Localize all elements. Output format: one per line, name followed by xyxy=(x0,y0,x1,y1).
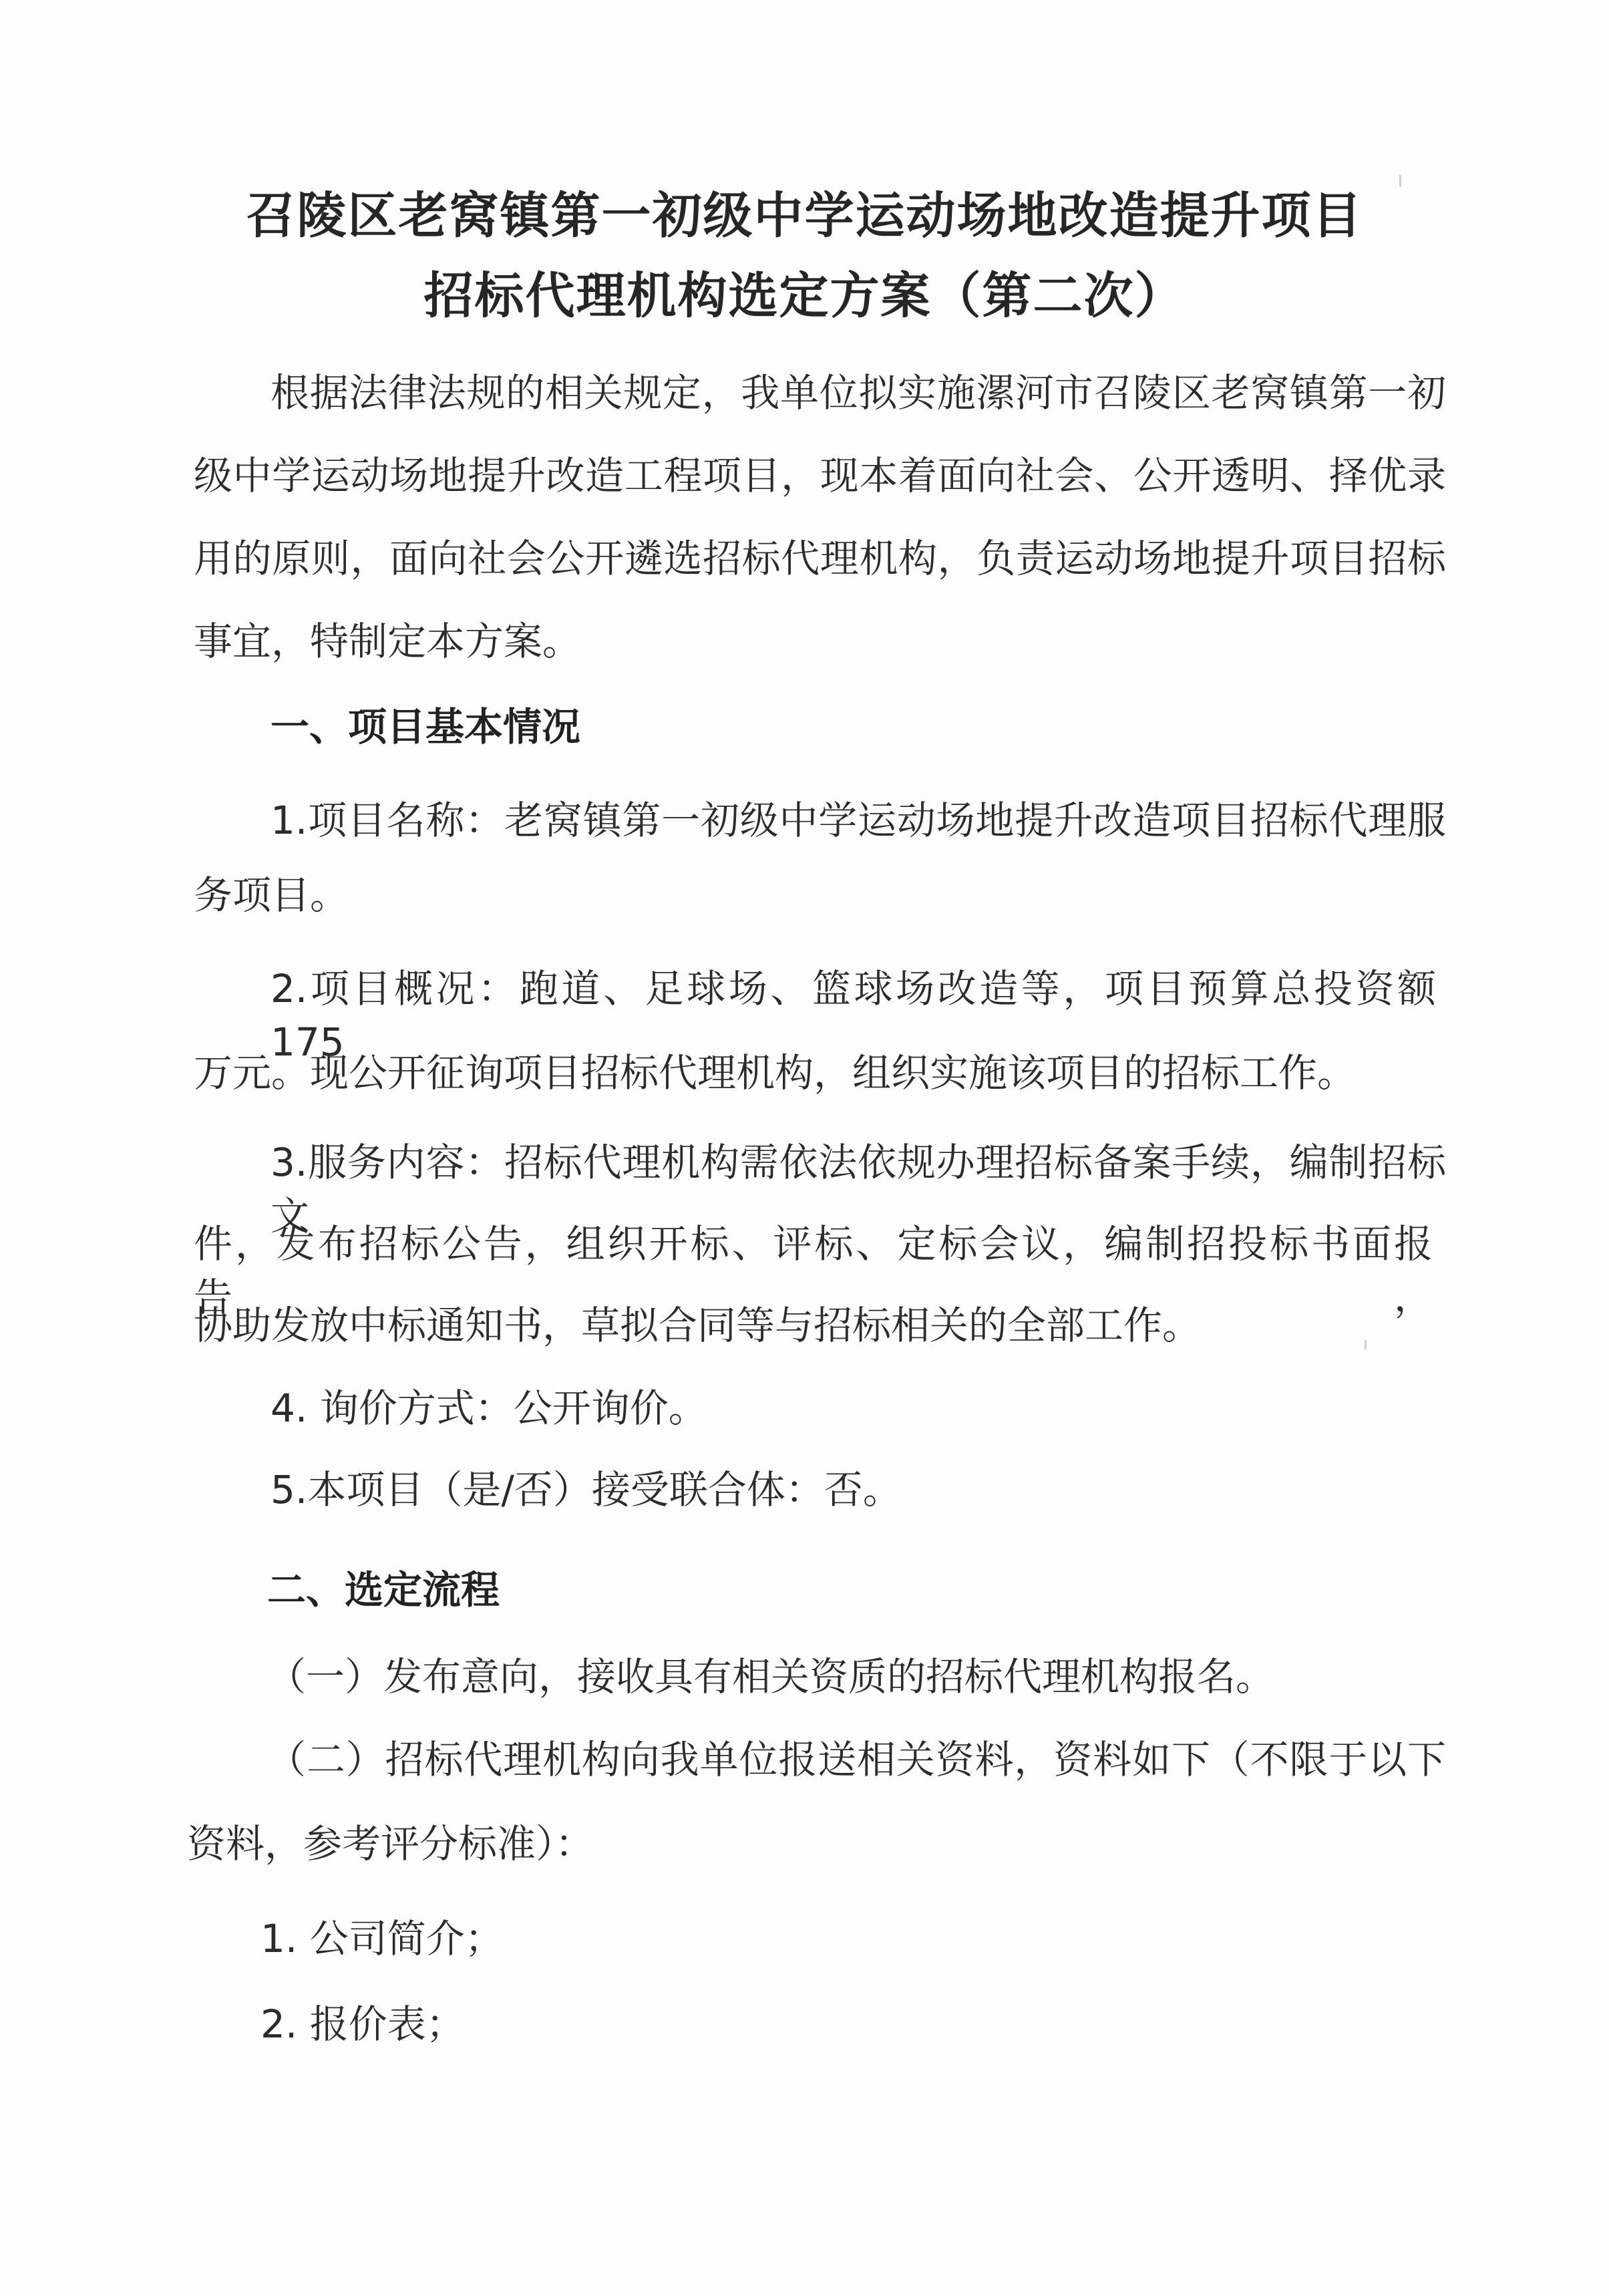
intro-line-2: 级中学运动场地提升改造工程项目，现本着面向社会、公开透明、择优录 xyxy=(194,449,1446,502)
document-title-line-1: 召陵区老窝镇第一初级中学运动场地改造提升项目 xyxy=(0,186,1609,246)
document-page: 召陵区老窝镇第一初级中学运动场地改造提升项目 招标代理机构选定方案（第二次） 根… xyxy=(0,0,1609,2296)
section-2-heading: 二、选定流程 xyxy=(267,1563,500,1617)
step-2-line-2: 资料，参考评分标准）： xyxy=(187,1817,594,1870)
step-2-line-1: （二）招标代理机构向我单位报送相关资料，资料如下（不限于以下 xyxy=(267,1733,1446,1786)
item-4: 4. 询价方式：公开询价。 xyxy=(271,1381,707,1435)
item-3-line-3: 协助发放中标通知书，草拟合同等与招标相关的全部工作。 xyxy=(194,1299,1201,1352)
intro-line-1: 根据法律法规的相关规定，我单位拟实施漯河市召陵区老窝镇第一初 xyxy=(271,366,1446,420)
item-1-line-1: 1.项目名称：老窝镇第一初级中学运动场地提升改造项目招标代理服 xyxy=(271,794,1446,847)
item-5: 5.本项目（是/否）接受联合体：否。 xyxy=(271,1463,902,1516)
document-title-line-2: 招标代理机构选定方案（第二次） xyxy=(0,266,1609,326)
material-item-2: 2. 报价表； xyxy=(260,1997,465,2051)
intro-line-3: 用的原则，面向社会公开遴选招标代理机构，负责运动场地提升项目招标 xyxy=(194,532,1446,585)
item-1-line-2: 务项目。 xyxy=(194,868,349,922)
material-item-1: 1. 公司简介； xyxy=(260,1912,504,1965)
item-2-line-2: 万元。现公开征询项目招标代理机构，组织实施该项目的招标工作。 xyxy=(194,1046,1356,1100)
step-1: （一）发布意向，接收具有相关资质的招标代理机构报名。 xyxy=(267,1650,1274,1703)
intro-line-4: 事宜，特制定本方案。 xyxy=(194,615,581,668)
section-1-heading: 一、项目基本情况 xyxy=(271,700,580,754)
scan-artifact xyxy=(1399,175,1401,187)
scan-artifact xyxy=(1365,1340,1367,1349)
